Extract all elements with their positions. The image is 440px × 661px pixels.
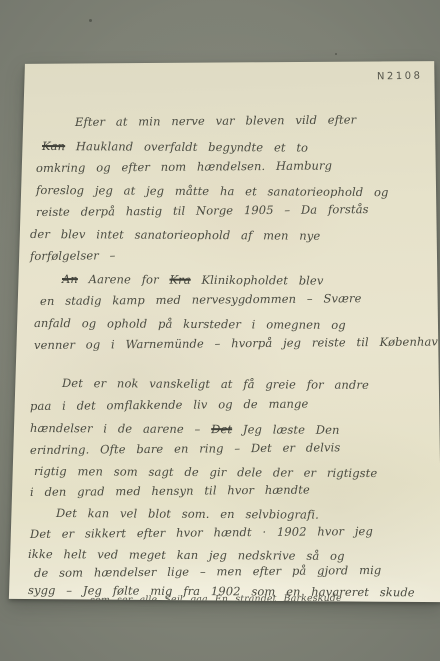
handwriting-segment: hændelser i de aarene –: [30, 421, 201, 436]
handwriting-line: i den grad med hensyn til hvor hændte: [30, 483, 310, 499]
handwriting-line: foreslog jeg at jeg måtte ha et sanatori…: [36, 183, 389, 199]
handwriting-line: Det er nok vanskeligt at få greie for an…: [62, 376, 369, 392]
handwriting-segment: Det er nok vanskeligt at få greie for an…: [62, 376, 369, 392]
handwriting-segment: anfald og ophold på kursteder i omegnen …: [34, 316, 346, 332]
handwriting-line: reiste derpå hastig til Norge 1905 – Da …: [36, 202, 369, 219]
handwriting-segment: omkring og efter nom hændelsen. Hamburg: [36, 158, 332, 175]
handwriting-segment: Det er sikkert efter hvor hændt · 1902 h…: [30, 524, 373, 541]
handwriting-segment: Klinikopholdet blev: [201, 273, 323, 288]
handwriting-segment: paa i det omflakkende liv og de mange: [30, 397, 309, 413]
strikethrough-word: Kan: [42, 139, 65, 153]
handwriting-line: Kan Haukland overfaldt begyndte et to: [42, 139, 308, 155]
handwriting-segment: Efter at min nerve var bleven vild efter: [75, 113, 356, 129]
handwriting-segment: ikke helt ved meget kan jeg nedskrive så…: [28, 547, 345, 563]
handwriting-segment: i den grad med hensyn til hvor hændte: [30, 483, 310, 499]
handwriting-segment: som ser alle Sejl gaa En strandet Barkes…: [90, 593, 342, 606]
handwriting-line: omkring og efter nom hændelsen. Hamburg: [36, 158, 332, 175]
handwriting-line: der blev intet sanatorieophold af men ny…: [30, 227, 320, 243]
strikethrough-word: Det: [211, 422, 232, 436]
manuscript-paper-wrap: N2108 Efter at min nerve var bleven vild…: [8, 60, 440, 606]
handwriting-line: ikke helt ved meget kan jeg nedskrive så…: [28, 547, 345, 563]
handwriting-segment: Det kan vel blot som. en selvbiografi.: [56, 506, 319, 522]
dust-speck: [335, 53, 337, 55]
handwriting-segment: en stadig kamp med nervesygdommen – Svær…: [40, 291, 362, 308]
handwriting-line: erindring. Ofte bare en ring – Det er de…: [30, 440, 341, 457]
handwriting-segment: foreslog jeg at jeg måtte ha et sanatori…: [36, 183, 389, 199]
handwriting-line: anfald og ophold på kursteder i omegnen …: [34, 316, 346, 332]
manuscript-paper: N2108 Efter at min nerve var bleven vild…: [8, 60, 440, 606]
handwriting-line: paa i det omflakkende liv og de mange: [30, 397, 309, 413]
handwriting-segment: forfølgelser –: [30, 248, 116, 263]
handwriting-segment: reiste derpå hastig til Norge 1905 – Da …: [36, 202, 369, 219]
handwriting-segment: der blev intet sanatorieophold af men ny…: [30, 227, 320, 243]
handwriting-line: en stadig kamp med nervesygdommen – Svær…: [40, 291, 362, 308]
handwriting-line: Det er sikkert efter hvor hændt · 1902 h…: [30, 524, 373, 541]
handwriting-segment: Aarene for: [89, 272, 159, 286]
handwriting-line: de som hændelser lige – men efter på gjo…: [34, 563, 381, 580]
handwriting-segment: Jeg læste Den: [243, 422, 340, 437]
handwriting-line: rigtig men som sagt de gir dele der er r…: [34, 464, 377, 480]
handwriting-line: hændelser i de aarene – Det Jeg læste De…: [30, 421, 340, 437]
handwriting-line: Det kan vel blot som. en selvbiografi.: [56, 506, 319, 522]
dust-speck: [89, 19, 92, 22]
strikethrough-word: An: [62, 272, 78, 286]
handwriting-line: forfølgelser –: [30, 248, 116, 263]
handwriting-text: Efter at min nerve var bleven vild efter…: [8, 60, 440, 606]
strikethrough-word: Kra: [169, 273, 190, 287]
handwriting-segment: Haukland overfaldt begyndte et to: [76, 139, 308, 154]
handwriting-segment: rigtig men som sagt de gir dele der er r…: [34, 464, 377, 480]
handwriting-segment: de som hændelser lige – men efter på gjo…: [34, 563, 381, 580]
handwriting-line: Efter at min nerve var bleven vild efter: [75, 113, 356, 129]
handwriting-segment: venner og i Warnemünde – hvorpå jeg reis…: [34, 334, 440, 352]
handwriting-line: som ser alle Sejl gaa En strandet Barkes…: [90, 593, 342, 606]
handwriting-line: An Aarene for Kra Klinikopholdet blev: [62, 272, 324, 288]
handwriting-segment: erindring. Ofte bare en ring – Det er de…: [30, 440, 341, 457]
handwriting-line: venner og i Warnemünde – hvorpå jeg reis…: [34, 334, 440, 352]
photo-background: N2108 Efter at min nerve var bleven vild…: [0, 0, 440, 661]
